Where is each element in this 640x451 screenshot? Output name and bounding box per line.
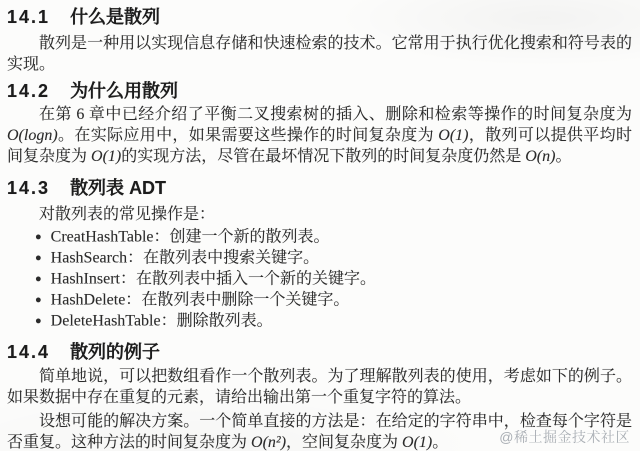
bullet-icon: ●	[35, 227, 42, 248]
bullet-icon: ●	[35, 290, 42, 311]
bullet-icon: ●	[35, 248, 42, 269]
colon-separator: ：	[161, 313, 177, 330]
operation-term: DeleteHashTable	[51, 313, 161, 330]
operation-term: HashDelete	[51, 292, 126, 309]
text-segment: 在第 6 章中已经介绍了平衡二叉搜索树的插入、删除和检索等操作的时间复杂度为	[39, 106, 632, 123]
hash-operations-list: ●CreatHashTable：创建一个新的散列表。 ●HashSearch：在…	[7, 227, 632, 332]
math-expression: O(logn)	[7, 127, 58, 144]
text-segment: 。	[432, 434, 448, 451]
section-number: 14.2	[7, 81, 50, 101]
section-heading-14-2: 14.2 为什么用散列	[7, 80, 632, 102]
section-heading-14-1: 14.1 什么是散列	[7, 6, 632, 28]
list-item: ●HashInsert：在散列表中插入一个新的关键字。	[35, 269, 632, 290]
math-expression: O(n²)	[251, 434, 286, 451]
math-expression: O(n)	[525, 148, 555, 165]
list-item: ●DeleteHashTable：删除散列表。	[35, 311, 632, 332]
section-heading-14-4: 14.4 散列的例子	[7, 341, 632, 363]
operation-desc: 在散列表中搜索关键字。	[143, 250, 319, 267]
colon-separator: ：	[154, 229, 170, 246]
watermark: @稀土掘金技术社区	[499, 427, 630, 447]
colon-separator: ：	[125, 292, 141, 309]
section-heading-14-3: 14.3 散列表 ADT	[7, 177, 632, 199]
paragraph-why-hashing: 在第 6 章中已经介绍了平衡二叉搜索树的插入、删除和检索等操作的时间复杂度为 O…	[7, 104, 632, 167]
colon-separator: ：	[127, 250, 143, 267]
math-expression: O(1)	[438, 127, 468, 144]
operation-desc: 在散列表中插入一个新的关键字。	[136, 271, 376, 288]
text-segment: 。	[555, 148, 571, 165]
list-item: ●CreatHashTable：创建一个新的散列表。	[35, 227, 632, 248]
list-item: ●HashSearch：在散列表中搜索关键字。	[35, 248, 632, 269]
operation-term: HashSearch	[51, 250, 127, 267]
section-title: 什么是散列	[70, 7, 160, 27]
operation-term: HashInsert	[51, 271, 120, 288]
operation-desc: 在散列表中删除一个关键字。	[141, 292, 349, 309]
operation-desc: 删除散列表。	[177, 313, 273, 330]
bullet-icon: ●	[35, 269, 42, 290]
section-title: 散列的例子	[70, 342, 160, 362]
operation-desc: 创建一个新的散列表。	[170, 229, 330, 246]
section-number: 14.1	[7, 7, 50, 27]
text-segment: ，空间复杂度为	[286, 434, 402, 451]
math-expression: O(1)	[91, 148, 121, 165]
list-item: ●HashDelete：在散列表中删除一个关键字。	[35, 290, 632, 311]
text-segment: 的实现方法，尽管在最坏情况下散列的时间复杂度仍然是	[121, 148, 525, 165]
math-expression: O(1)	[402, 434, 432, 451]
colon-separator: ：	[120, 271, 136, 288]
bullet-icon: ●	[35, 311, 42, 332]
book-page: 14.1 什么是散列 散列是一种用以实现信息存储和快速检索的技术。它常用于执行优…	[0, 0, 640, 451]
section-title: 为什么用散列	[70, 81, 178, 101]
operations-list-intro: 对散列表的常见操作是：	[7, 204, 632, 225]
section-number: 14.3	[7, 178, 50, 198]
text-segment: 。在实际应用中，如果需要这些操作的时间复杂度为	[58, 127, 439, 144]
paragraph-hash-example: 简单地说，可以把数组看作一个散列表。为了理解散列表的使用，考虑如下的例子。如果数…	[7, 366, 632, 408]
paragraph-what-is-hashing: 散列是一种用以实现信息存储和快速检索的技术。它常用于执行优化搜索和符号表的实现。	[7, 33, 632, 75]
section-number: 14.4	[7, 342, 50, 362]
operation-term: CreatHashTable	[51, 229, 154, 246]
section-title: 散列表 ADT	[70, 178, 166, 198]
